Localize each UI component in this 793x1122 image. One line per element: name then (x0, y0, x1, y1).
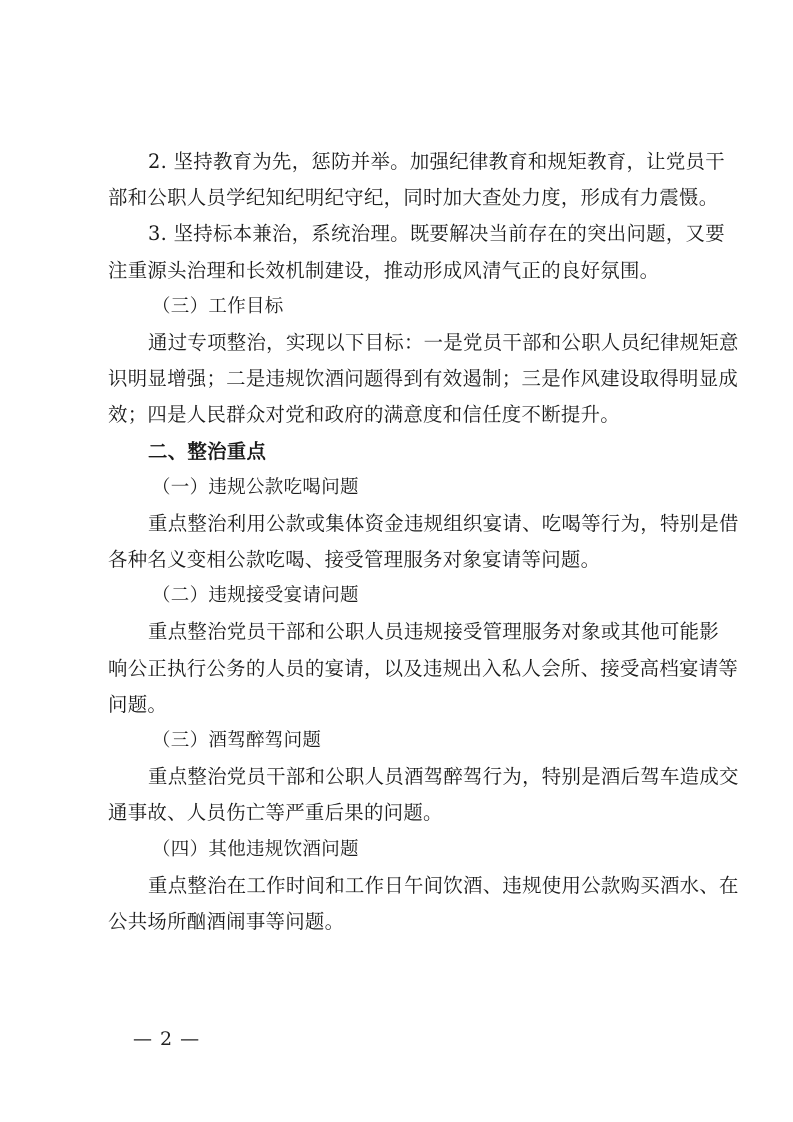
heading-rectification-focus: 二、整治重点 (108, 434, 692, 470)
text-line: 重点整治党员干部和公职人员酒驾醉驾行为，特别是酒后驾车造成交 (108, 759, 692, 795)
paragraph-principle-3: 3. 坚持标本兼治，系统治理。既要解决当前存在的突出问题，又要 注重源头治理和长… (108, 216, 692, 288)
paragraph-other-drinking: 重点整治在工作时间和工作日午间饮酒、违规使用公款购买酒水、在 公共场所酗酒闹事等… (108, 868, 692, 940)
text-line: 公共场所酗酒闹事等问题。 (108, 904, 692, 940)
subheading-other-drinking: （四）其他违规饮酒问题 (108, 832, 692, 868)
document-page: 2. 坚持教育为先，惩防并举。加强纪律教育和规矩教育，让党员干 部和公职人员学纪… (108, 144, 692, 940)
text-line: 重点整治利用公款或集体资金违规组织宴请、吃喝等行为，特别是借 (108, 506, 692, 542)
text-line: 效；四是人民群众对党和政府的满意度和信任度不断提升。 (108, 397, 692, 433)
paragraph-public-funds-dining: 重点整治利用公款或集体资金违规组织宴请、吃喝等行为，特别是借 各种名义变相公款吃… (108, 506, 692, 578)
text-line: 通事故、人员伤亡等严重后果的问题。 (108, 795, 692, 831)
subheading-drunk-driving: （三）酒驾醉驾问题 (108, 723, 692, 759)
paragraph-principle-2: 2. 坚持教育为先，惩防并举。加强纪律教育和规矩教育，让党员干 部和公职人员学纪… (108, 144, 692, 216)
text-line: 各种名义变相公款吃喝、接受管理服务对象宴请等问题。 (108, 542, 692, 578)
text-line: 注重源头治理和长效机制建设，推动形成风清气正的良好氛围。 (108, 253, 692, 289)
text-line: 3. 坚持标本兼治，系统治理。既要解决当前存在的突出问题，又要 (108, 216, 692, 252)
text-line: 识明显增强；二是违规饮酒问题得到有效遏制；三是作风建设取得明显成 (108, 361, 692, 397)
text-line: 重点整治在工作时间和工作日午间饮酒、违规使用公款购买酒水、在 (108, 868, 692, 904)
subheading-public-funds-dining: （一）违规公款吃喝问题 (108, 470, 692, 506)
subheading-accepting-banquets: （二）违规接受宴请问题 (108, 578, 692, 614)
subheading-work-goals: （三）工作目标 (108, 289, 692, 325)
paragraph-drunk-driving: 重点整治党员干部和公职人员酒驾醉驾行为，特别是酒后驾车造成交 通事故、人员伤亡等… (108, 759, 692, 831)
text-line: 问题。 (108, 687, 692, 723)
paragraph-accepting-banquets: 重点整治党员干部和公职人员违规接受管理服务对象或其他可能影 响公正执行公务的人员… (108, 614, 692, 723)
text-line: 部和公职人员学纪知纪明纪守纪，同时加大查处力度，形成有力震慑。 (108, 180, 692, 216)
page-number: — 2 — (133, 1028, 200, 1050)
text-line: 重点整治党员干部和公职人员违规接受管理服务对象或其他可能影 (108, 614, 692, 650)
text-line: 通过专项整治，实现以下目标：一是党员干部和公职人员纪律规矩意 (108, 325, 692, 361)
text-line: 响公正执行公务的人员的宴请，以及违规出入私人会所、接受高档宴请等 (108, 651, 692, 687)
text-line: 2. 坚持教育为先，惩防并举。加强纪律教育和规矩教育，让党员干 (108, 144, 692, 180)
paragraph-goals: 通过专项整治，实现以下目标：一是党员干部和公职人员纪律规矩意 识明显增强；二是违… (108, 325, 692, 434)
